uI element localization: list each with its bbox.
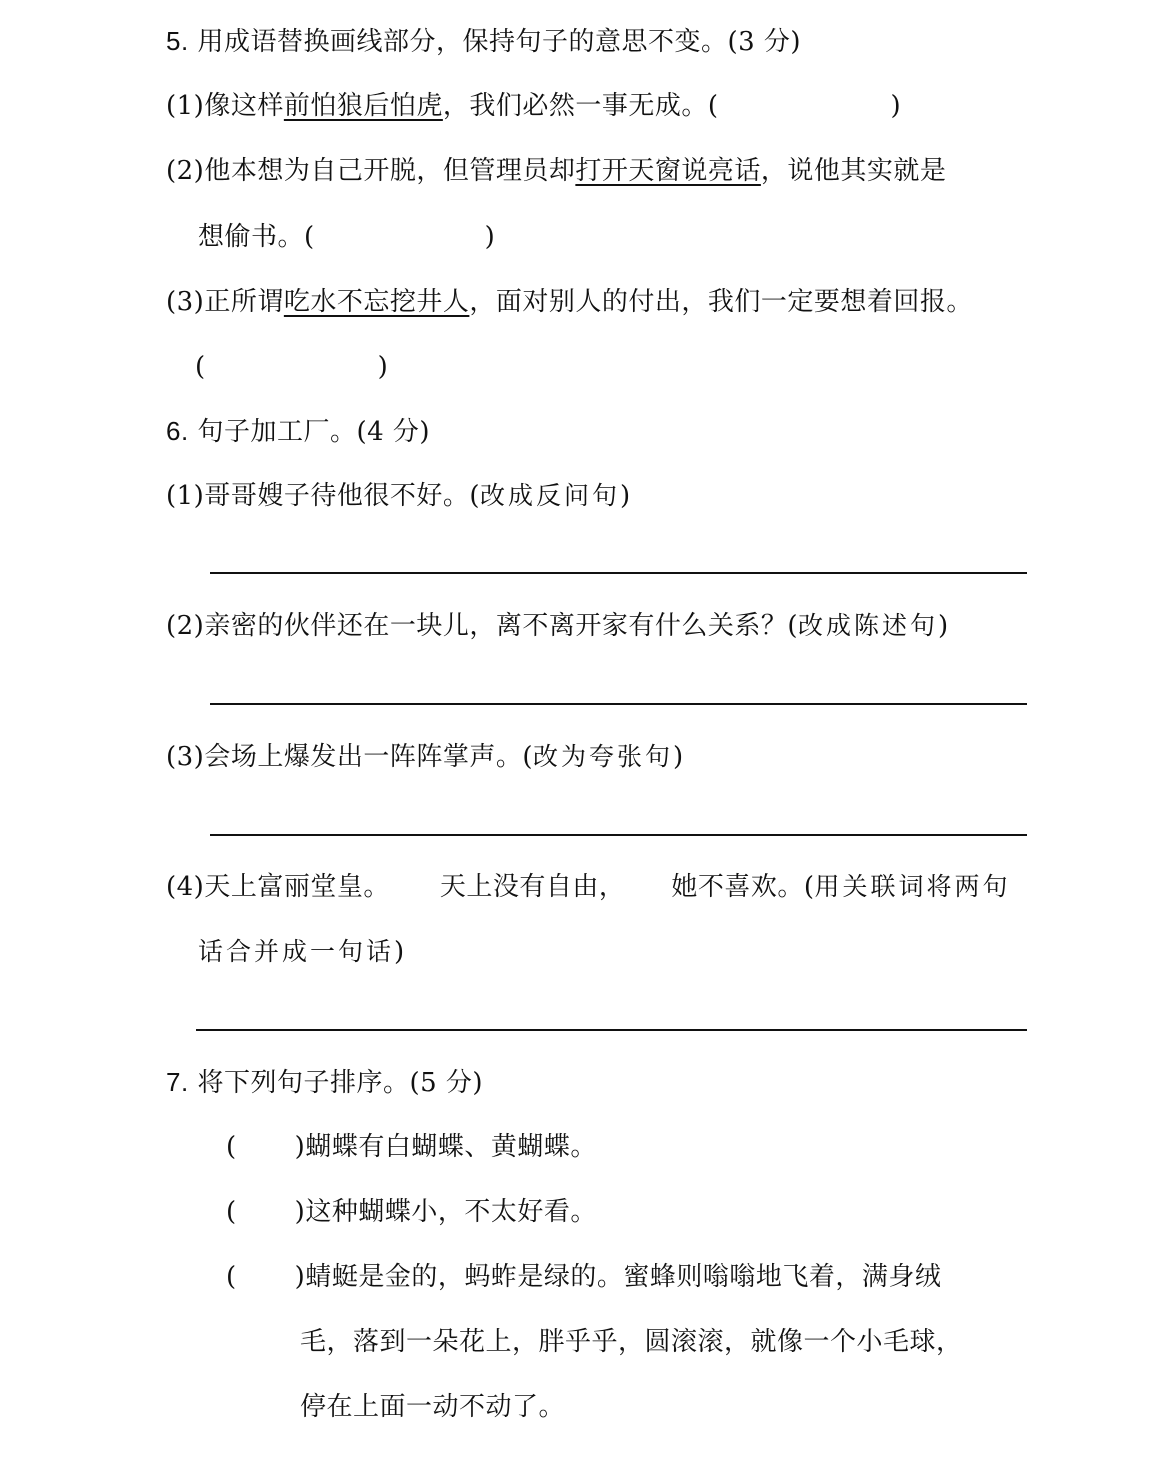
close-paren: ) — [295, 1262, 306, 1292]
close-paren: ) — [394, 937, 405, 967]
instruction-hint: 改成陈述句 — [798, 611, 938, 640]
underlined-phrase: 前怕狼后怕虎 — [284, 91, 443, 121]
item-text: ，我们必然一事无成。( — [443, 91, 719, 121]
item-label: (2) — [166, 611, 204, 641]
instruction-hint: 改成反问句 — [480, 481, 620, 510]
open-paren: ( — [226, 1197, 237, 1227]
item-text: 蝴蝶有白蝴蝶、黄蝴蝶。 — [305, 1132, 597, 1162]
item-label: (4) — [166, 872, 204, 902]
q6-item-4: (4)天上富丽堂皇。天上没有自由，她不喜欢。(用关联词将两句 — [166, 872, 1011, 902]
close-paren: ) — [673, 742, 684, 772]
q5-item-2-cont: 想偷书。() — [198, 222, 495, 252]
answer-line-1[interactable] — [210, 572, 1027, 574]
item-text: 像这样 — [204, 91, 284, 121]
close-paren: ) — [295, 1197, 306, 1227]
q6-item-2: (2)亲密的伙伴还在一块儿，离不离开家有什么关系？(改成陈述句) — [166, 611, 949, 641]
q7-title: 将下列句子排序。(5 分) — [197, 1068, 483, 1098]
item-label: (1) — [166, 91, 204, 121]
q5-heading: 5. 用成语替换画线部分，保持句子的意思不变。(3 分) — [166, 26, 801, 57]
close-paren: ) — [938, 611, 949, 641]
q7-item-3-cont-1: 毛，落到一朵花上，胖乎乎，圆滚滚，就像一个小毛球， — [300, 1327, 963, 1357]
q6-item-4-cont: 话合并成一句话) — [198, 937, 405, 967]
open-paren: ( — [226, 1262, 237, 1292]
instruction-hint: 用关联词将两句 — [815, 872, 1011, 901]
underlined-phrase: 吃水不忘挖井人 — [284, 287, 470, 317]
instruction-hint: 改为夸张句 — [533, 742, 673, 771]
item-text: 天上富丽堂皇。 — [204, 872, 390, 902]
underlined-phrase: 打开天窗说亮话 — [575, 156, 761, 186]
item-text: ，面对别人的付出，我们一定要想着回报。 — [469, 287, 973, 317]
item-label: (1) — [166, 481, 204, 511]
q6-item-3: (3)会场上爆发出一阵阵掌声。(改为夸张句) — [166, 742, 684, 772]
answer-line-3[interactable] — [210, 834, 1027, 836]
item-text: 停在上面一动不动了。 — [300, 1392, 565, 1422]
q6-heading: 6. 句子加工厂。(4 分) — [166, 416, 430, 447]
open-paren: ( — [195, 352, 206, 382]
q5-item-2: (2)他本想为自己开脱，但管理员却打开天窗说亮话，说他其实就是 — [166, 156, 946, 186]
q7-item-2: ()这种蝴蝶小，不太好看。 — [226, 1197, 597, 1227]
item-text: 正所谓 — [204, 287, 284, 317]
q7-heading: 7. 将下列句子排序。(5 分) — [166, 1067, 483, 1098]
open-paren: ( — [226, 1132, 237, 1162]
item-label: (3) — [166, 742, 204, 772]
q7-item-1: ()蝴蝶有白蝴蝶、黄蝴蝶。 — [226, 1132, 597, 1162]
item-text: 哥哥嫂子待他很不好。( — [204, 481, 480, 511]
q6-number: 6. — [166, 416, 189, 446]
close-paren: ) — [891, 91, 902, 121]
item-text: 蜻蜓是金的，蚂蚱是绿的。蜜蜂则嗡嗡地飞着，满身绒 — [305, 1262, 941, 1292]
q5-title: 用成语替换画线部分，保持句子的意思不变。(3 分) — [197, 27, 801, 57]
answer-line-2[interactable] — [210, 703, 1027, 705]
item-text: ，说他其实就是 — [761, 156, 947, 186]
close-paren: ) — [378, 352, 389, 382]
q7-item-3: ()蜻蜓是金的，蚂蚱是绿的。蜜蜂则嗡嗡地飞着，满身绒 — [226, 1262, 941, 1292]
q7-number: 7. — [166, 1067, 189, 1097]
item-text: 会场上爆发出一阵阵掌声。( — [204, 742, 533, 772]
close-paren: ) — [295, 1132, 306, 1162]
item-label: (3) — [166, 287, 204, 317]
item-text: 她不喜欢。( — [671, 872, 814, 902]
close-paren: ) — [620, 481, 631, 511]
q7-item-3-cont-2: 停在上面一动不动了。 — [300, 1392, 565, 1422]
q5-number: 5. — [166, 26, 189, 56]
item-label: (2) — [166, 156, 204, 186]
instruction-hint: 话合并成一句话 — [198, 937, 394, 966]
item-text: 亲密的伙伴还在一块儿，离不离开家有什么关系？( — [204, 611, 798, 641]
q5-item-3-cont: () — [195, 352, 388, 382]
item-text: 他本想为自己开脱，但管理员却 — [204, 156, 575, 186]
item-text: 毛，落到一朵花上，胖乎乎，圆滚滚，就像一个小毛球， — [300, 1327, 963, 1357]
item-text: 天上没有自由， — [440, 872, 626, 902]
item-text: 想偷书。( — [198, 222, 315, 252]
answer-line-4[interactable] — [196, 1029, 1027, 1031]
q6-title: 句子加工厂。(4 分) — [197, 417, 430, 447]
q5-item-3: (3)正所谓吃水不忘挖井人，面对别人的付出，我们一定要想着回报。 — [166, 287, 973, 317]
item-text: 这种蝴蝶小，不太好看。 — [305, 1197, 597, 1227]
close-paren: ) — [485, 222, 496, 252]
q6-item-1: (1)哥哥嫂子待他很不好。(改成反问句) — [166, 481, 631, 511]
q5-item-1: (1)像这样前怕狼后怕虎，我们必然一事无成。() — [166, 91, 901, 121]
